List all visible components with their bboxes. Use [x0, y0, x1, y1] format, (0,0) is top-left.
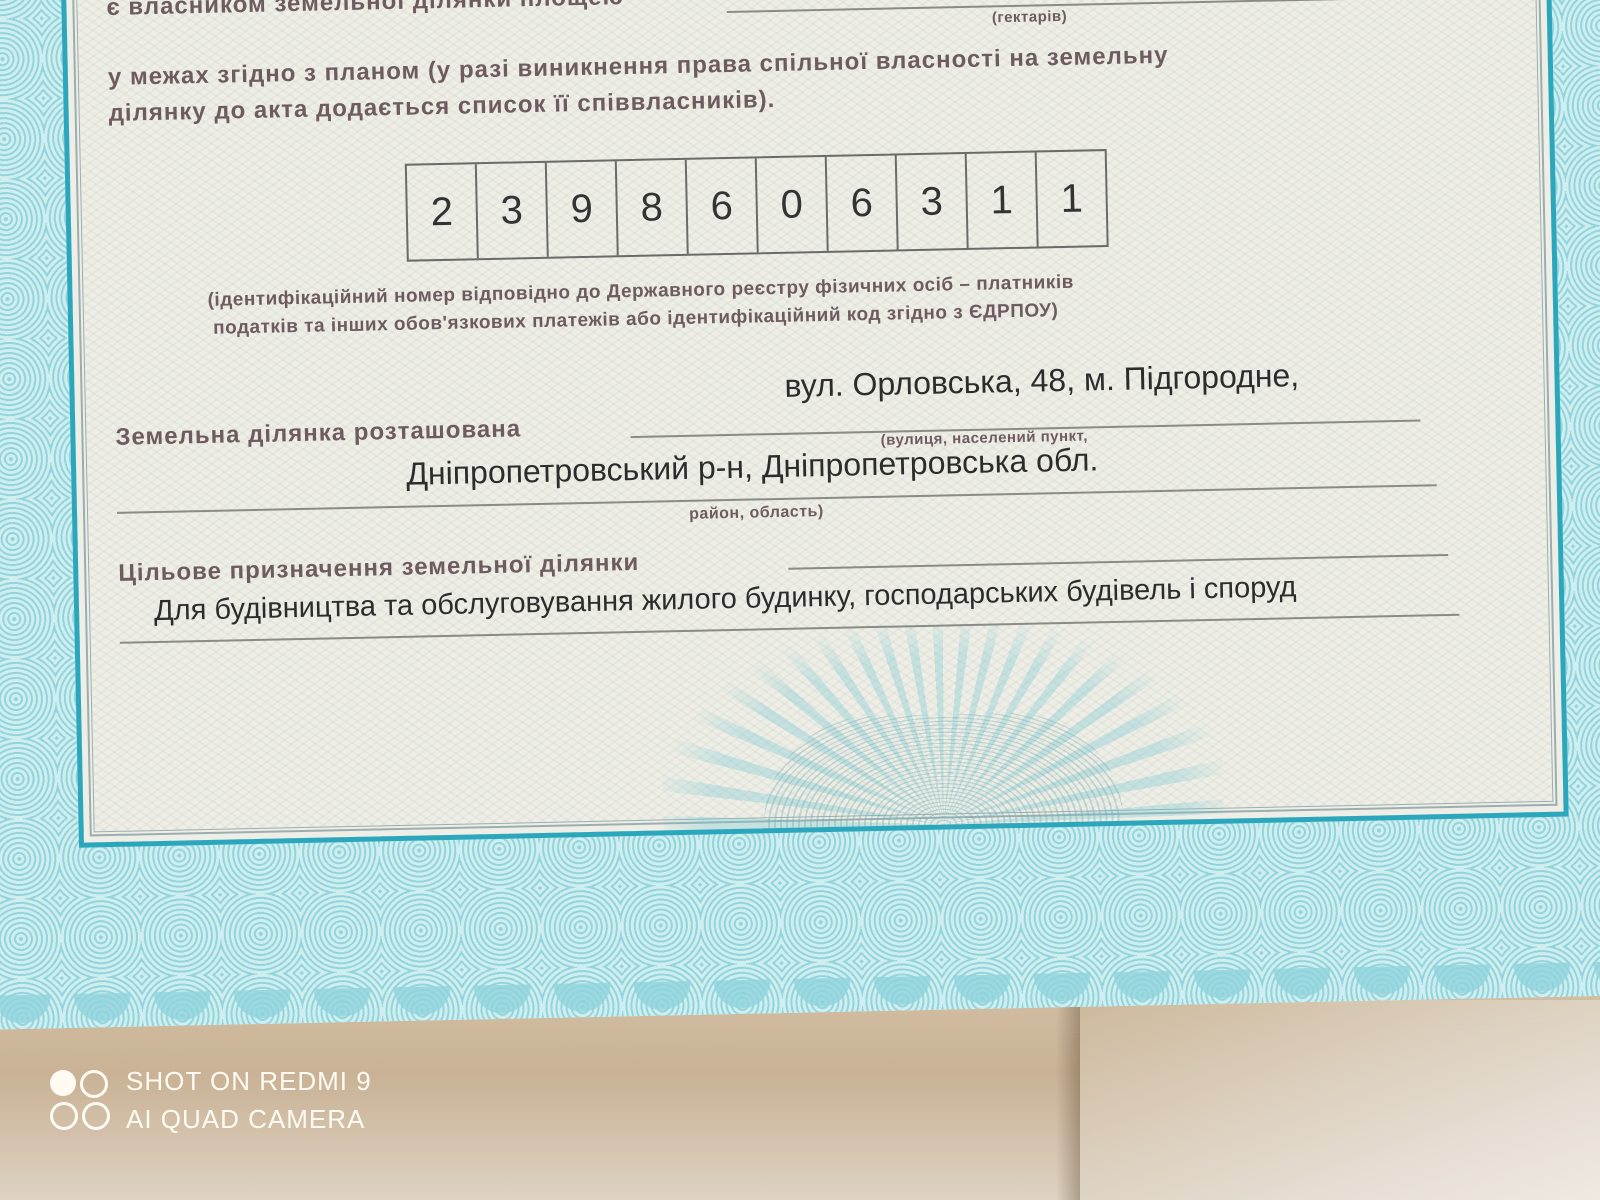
watermark-line2: AI QUAD CAMERA: [126, 1100, 372, 1138]
tax-id-digit: 9: [547, 161, 619, 256]
location-label: Земельна ділянка розташована: [115, 415, 521, 451]
land-certificate-page: є власником земельної ділянки площею 0.1…: [0, 0, 1600, 1030]
location-caption-2: район, область): [689, 503, 824, 524]
tax-id-digit: 1: [1037, 151, 1107, 246]
location-value-line2: Дніпропетровський р-н, Дніпропетровська …: [406, 441, 1099, 492]
tax-id-digit: 3: [897, 154, 969, 249]
purpose-label: Цільове призначення земельної ділянки: [118, 549, 640, 588]
tax-id-boxes: 2 3 9 8 6 0 6 3 1 1: [405, 149, 1109, 262]
location-value-line1: вул. Орловська, 48, м. Підгородне,: [784, 357, 1299, 405]
watermark-line1: SHOT ON REDMI 9: [126, 1062, 372, 1100]
purpose-underline-1: [788, 554, 1448, 570]
tax-id-digit: 2: [407, 164, 479, 259]
boundary-text-line2: ділянку до акта додається список її спів…: [108, 86, 775, 128]
camera-watermark: SHOT ON REDMI 9 AI QUAD CAMERA: [50, 1062, 372, 1138]
camera-lens-logo-icon: [50, 1070, 110, 1130]
certificate-body: є власником земельної ділянки площею 0.1…: [60, 0, 1569, 848]
boundary-text-line1: у межах згідно з планом (у разі виникнен…: [108, 42, 1169, 92]
tax-id-digit: 8: [617, 160, 689, 255]
tax-id-digit: 3: [477, 163, 549, 258]
area-label: є власником земельної ділянки площею: [106, 0, 624, 22]
tax-id-digit: 6: [687, 158, 759, 253]
tax-id-digit: 1: [967, 152, 1039, 247]
tax-id-digit: 0: [757, 157, 829, 252]
area-caption: (гектарів): [992, 8, 1068, 27]
tax-id-digit: 6: [827, 155, 899, 250]
